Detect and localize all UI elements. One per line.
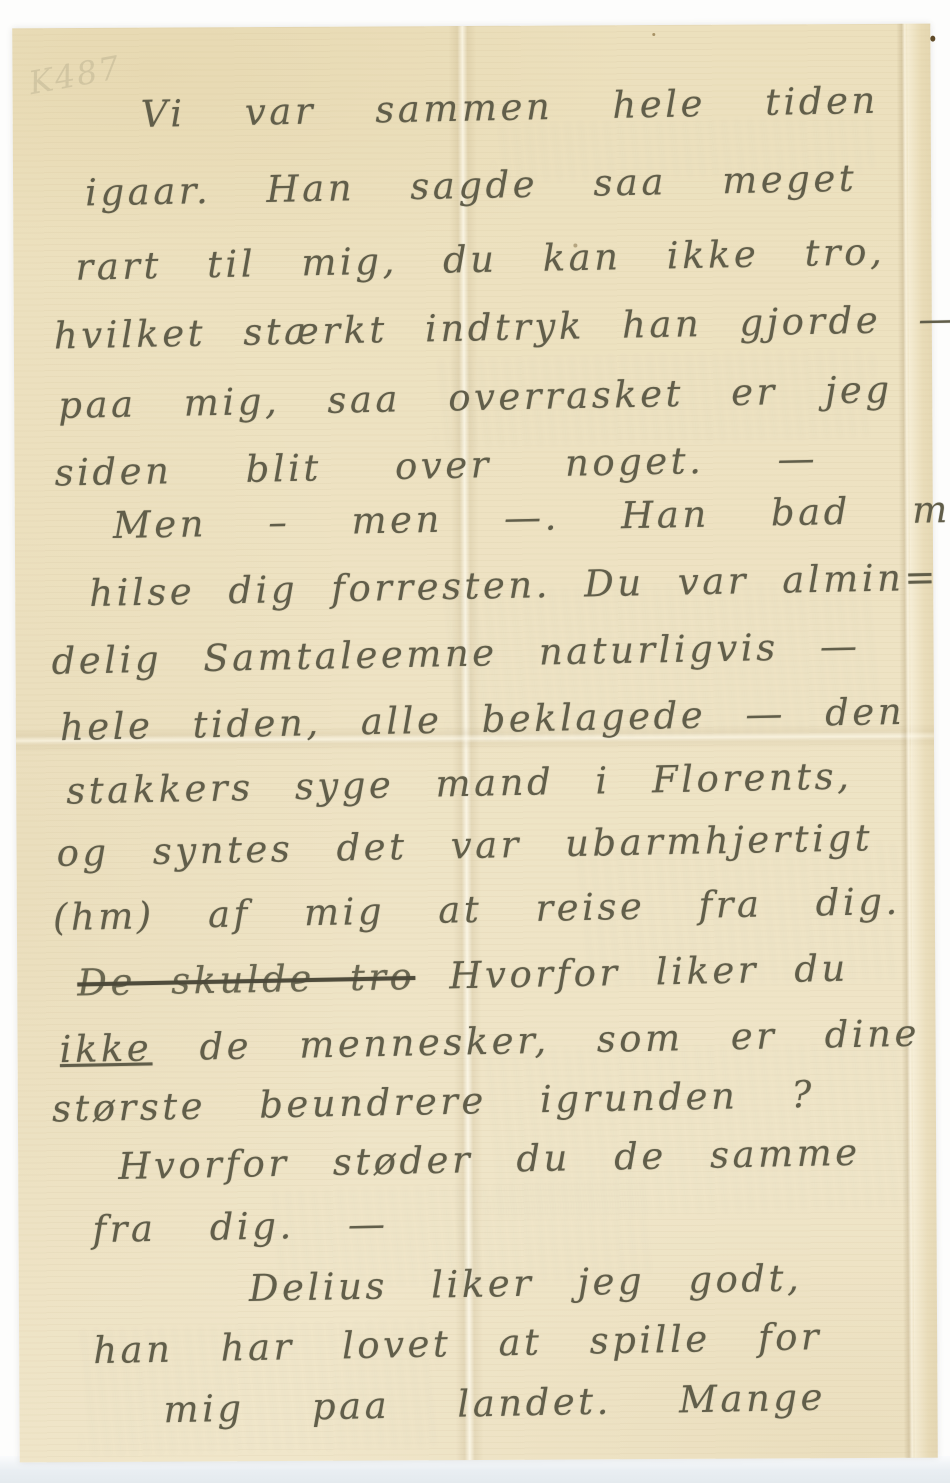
letter-line: siden blit over noget. — <box>54 437 818 495</box>
letter-line: stakkers syge mand i Florents, <box>66 755 853 813</box>
handwriting-text: Hvorfor liker du <box>449 947 849 998</box>
letter-page: K487 Vi var sammen hele tiden igaar. Han… <box>12 24 937 1463</box>
letter-scan: K487 Vi var sammen hele tiden igaar. Han… <box>0 0 950 1483</box>
letter-line: rart til mig, du kan ikke tro, <box>75 230 885 289</box>
letter-line: igaar. Han sagde saa meget <box>85 157 858 215</box>
ink-speck <box>930 36 935 42</box>
letter-line: fra dig. — <box>92 1202 389 1251</box>
letter-line: Delius liker jeg godt, <box>248 1256 802 1310</box>
letter-line: hvilket stærkt indtryk han gjorde — <box>53 297 950 357</box>
letter-line: De skulde troHvorfor liker du <box>77 947 849 1005</box>
underlined-text: ikke <box>59 1026 152 1071</box>
archival-mark: K487 <box>26 48 124 102</box>
strikethrough-text: De skulde tro <box>77 955 416 1004</box>
letter-line: Men – men —. Han bad mig <box>112 487 950 547</box>
letter-line: han har lovet at spille for <box>93 1315 823 1372</box>
ink-speck <box>652 33 655 36</box>
